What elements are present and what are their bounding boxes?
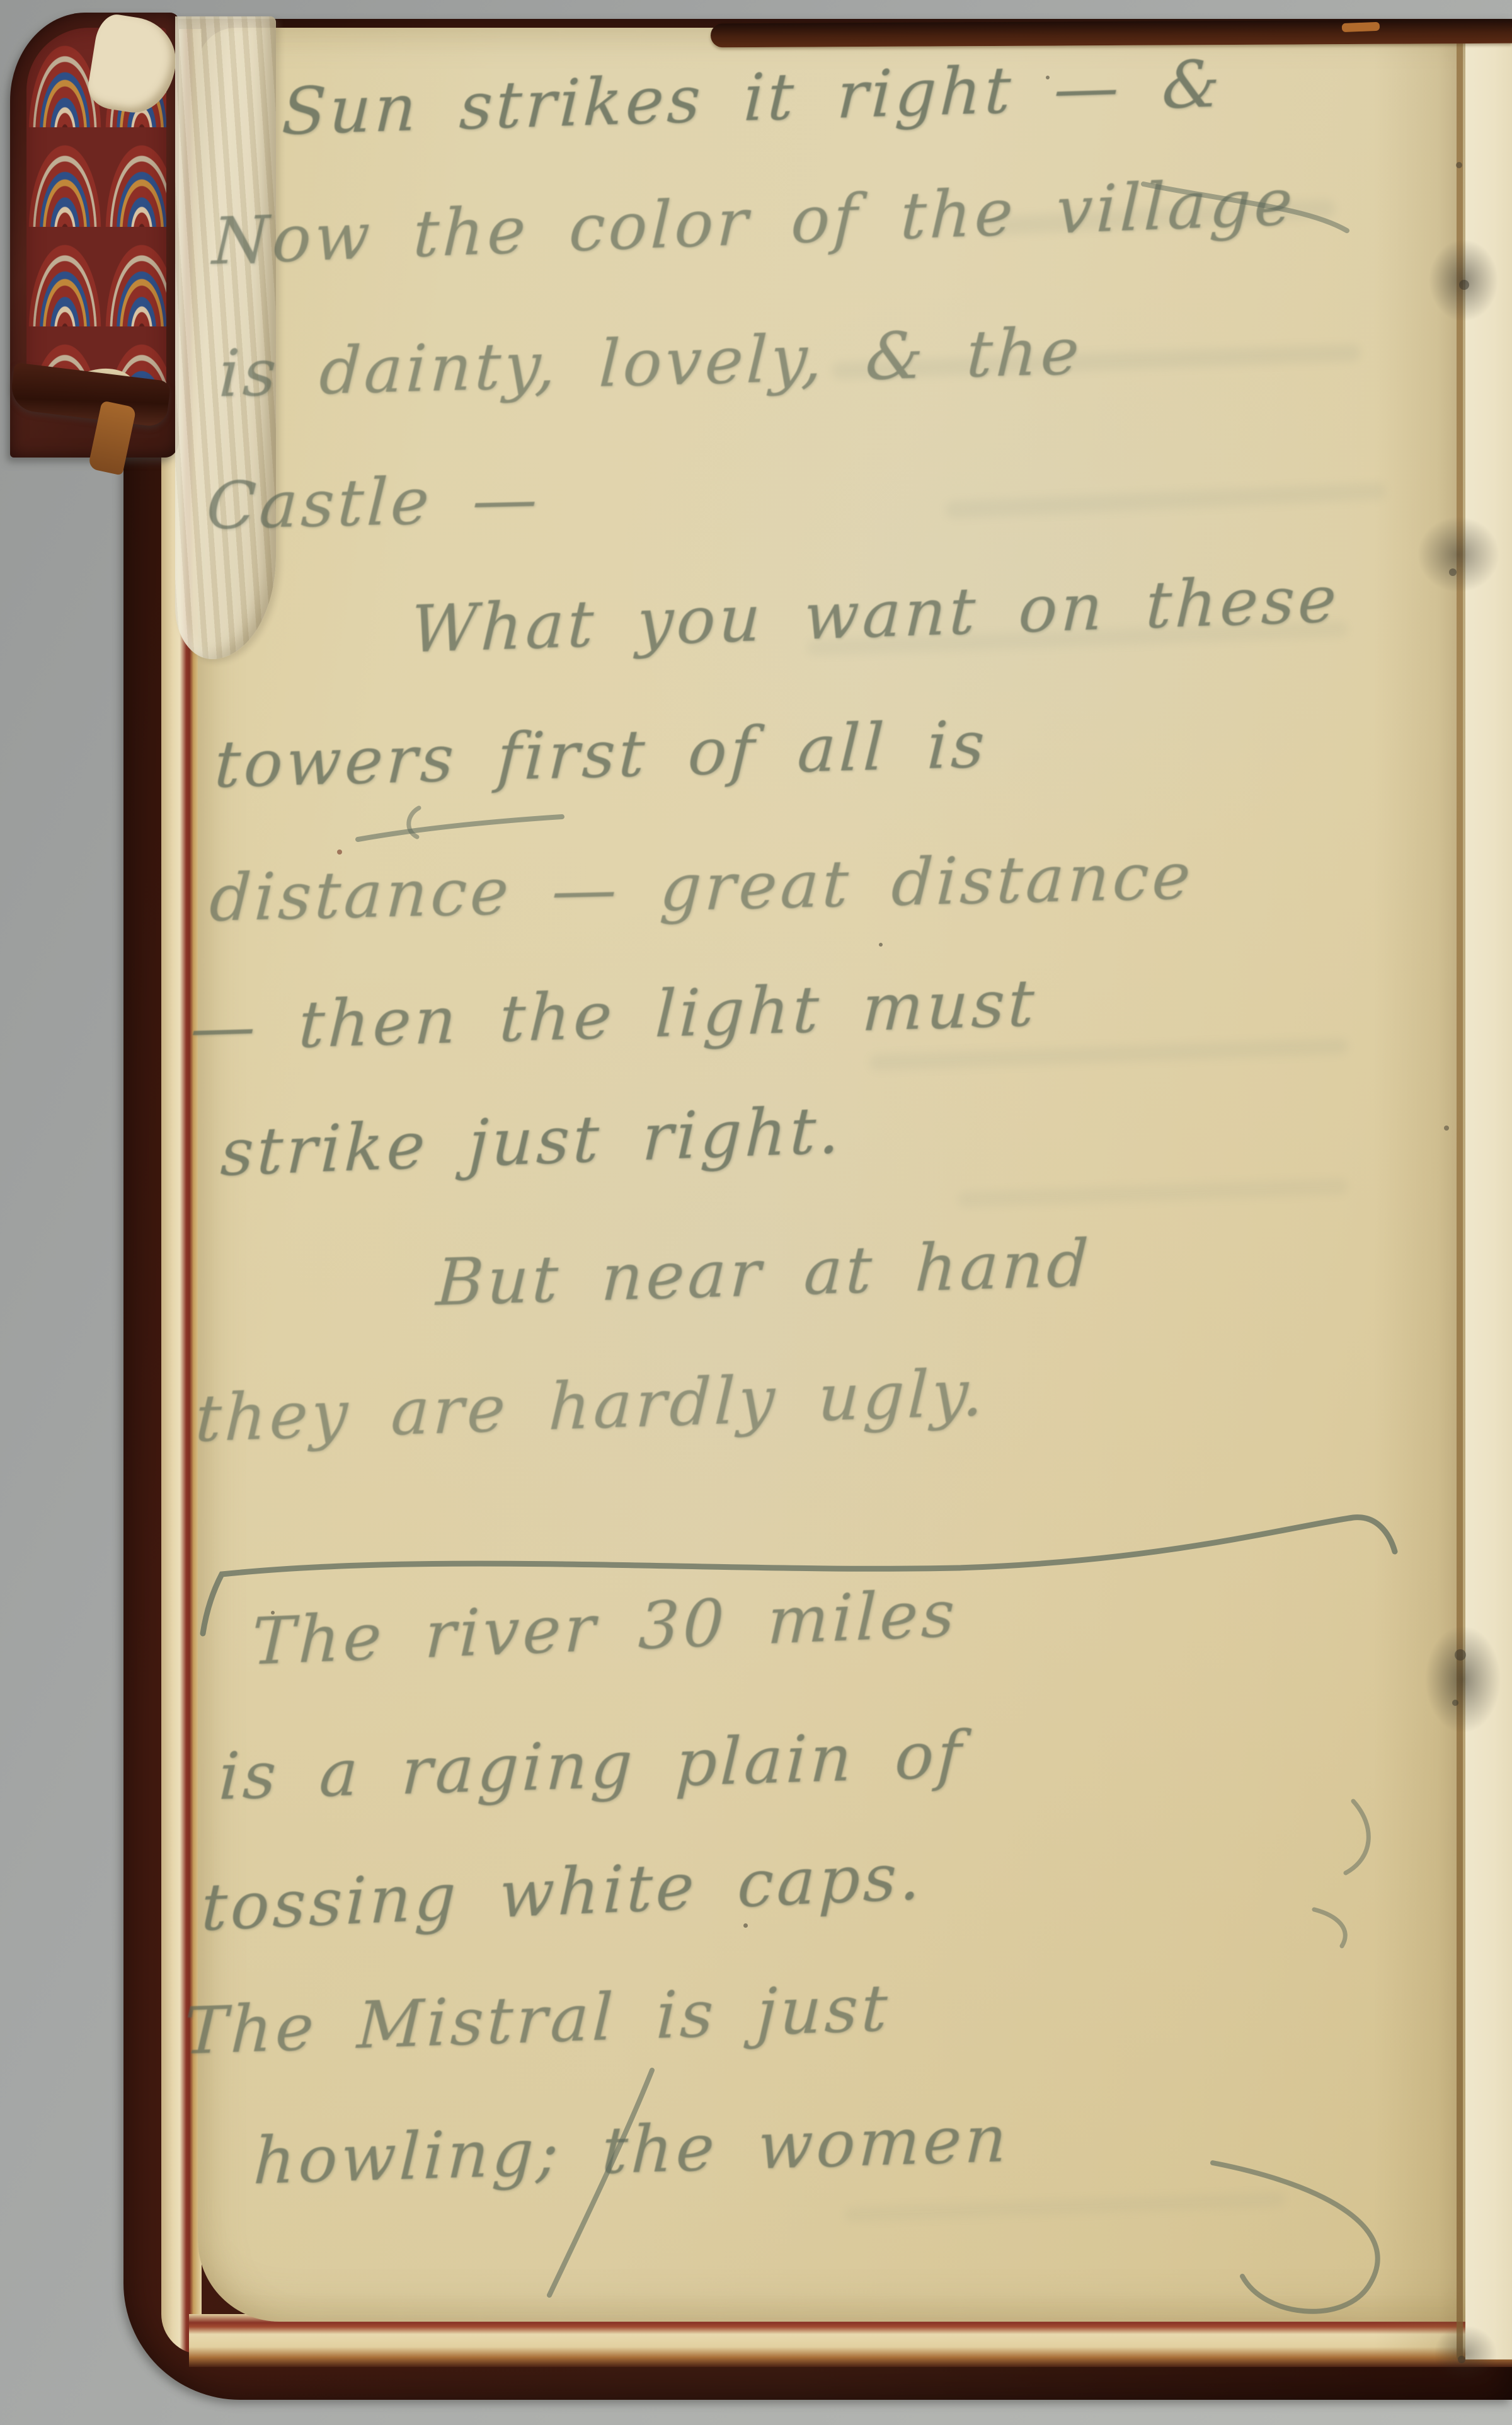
divider-line <box>203 1518 1395 1633</box>
ink-smudge <box>1429 239 1498 321</box>
flourish-stroke <box>1213 2163 1378 2312</box>
paper-speck <box>337 850 342 855</box>
pencil-marks-layer <box>0 0 1512 2425</box>
ink-smudge <box>1417 517 1499 592</box>
paper-speck <box>879 943 883 947</box>
crease-speckles <box>1444 162 1469 2363</box>
paper-speck <box>743 1923 748 1928</box>
paper-speck <box>1046 76 1050 79</box>
ink-smudge <box>1425 1626 1501 1733</box>
ink-smudge <box>1434 2325 1497 2382</box>
notebook-photo: Sun strikes it right — & Now the color o… <box>0 0 1512 2425</box>
dash-tail-stroke <box>1143 184 1347 231</box>
underline-first-mark <box>358 817 562 839</box>
stray-tail-strokes <box>1314 1801 1368 1946</box>
slash-stroke <box>549 2070 652 2295</box>
paper-speck <box>271 1611 275 1615</box>
